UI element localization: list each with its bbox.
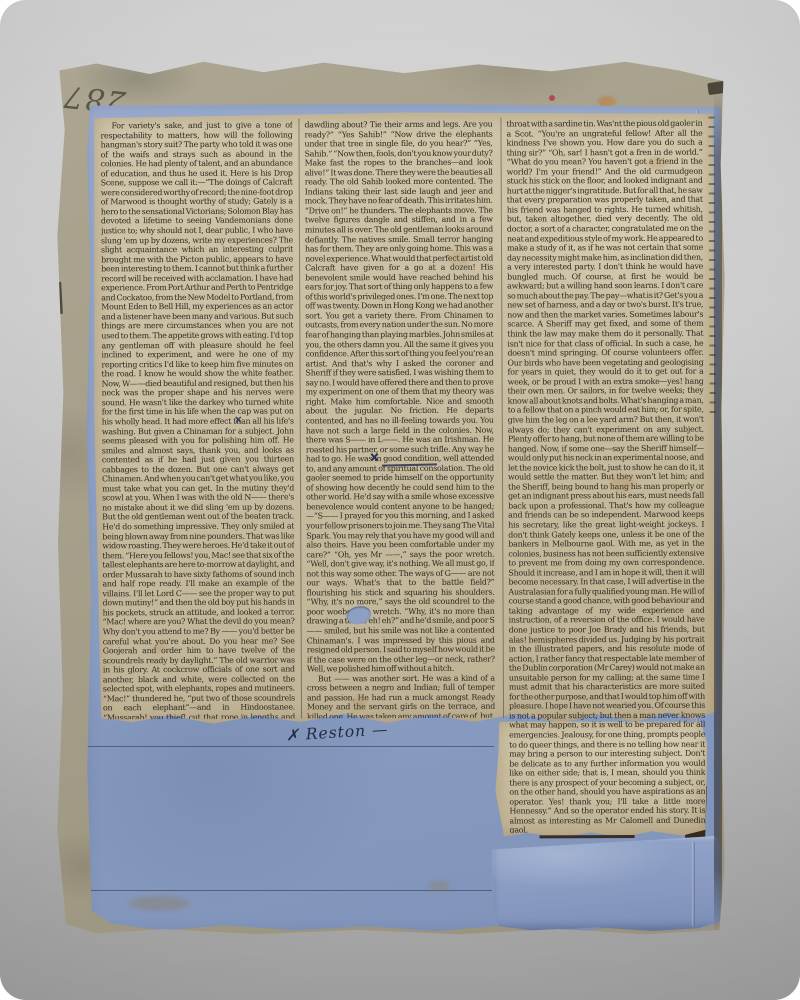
album-edge-mark bbox=[53, 146, 63, 174]
ink-caret-mark bbox=[235, 416, 242, 423]
stain bbox=[153, 643, 167, 653]
news-column-3: throat with a sardine tin. Was'nt the pi… bbox=[506, 119, 705, 834]
blue-paper-flap bbox=[492, 836, 722, 932]
scrapbook-photo: 287 ✗ Reston — bbox=[0, 0, 800, 1000]
column2-paragraph: But —— was another sort. He was a kind o… bbox=[307, 673, 495, 718]
photo-background: 287 ✗ Reston — bbox=[0, 0, 800, 1000]
album-page: 287 ✗ Reston — bbox=[56, 60, 726, 936]
news-column-1: For variety's sake, and just to give a t… bbox=[100, 120, 295, 719]
stain bbox=[428, 880, 450, 891]
paper-crease bbox=[692, 842, 695, 926]
column1-paragraph: For variety's sake, and just to give a t… bbox=[100, 120, 295, 719]
rust-stain bbox=[598, 96, 616, 107]
page-right-edge-shadow bbox=[714, 90, 722, 936]
news-column-2: dawdling about? Tie their arms and legs.… bbox=[304, 120, 495, 719]
red-ink-dot bbox=[549, 95, 555, 101]
column3-paragraph: throat with a sardine tin. Was'nt the pi… bbox=[506, 119, 705, 834]
stain bbox=[449, 250, 471, 266]
newspaper-clipping: For variety's sake, and just to give a t… bbox=[92, 109, 717, 844]
stain bbox=[610, 474, 636, 492]
album-edge-mark bbox=[54, 282, 63, 314]
stain bbox=[647, 157, 667, 170]
ink-x-mark bbox=[370, 452, 379, 461]
column2-paragraph: dawdling about? Tie their arms and legs.… bbox=[304, 120, 494, 675]
stain bbox=[128, 896, 190, 911]
stain bbox=[351, 696, 367, 708]
article-end-rule bbox=[540, 835, 635, 838]
